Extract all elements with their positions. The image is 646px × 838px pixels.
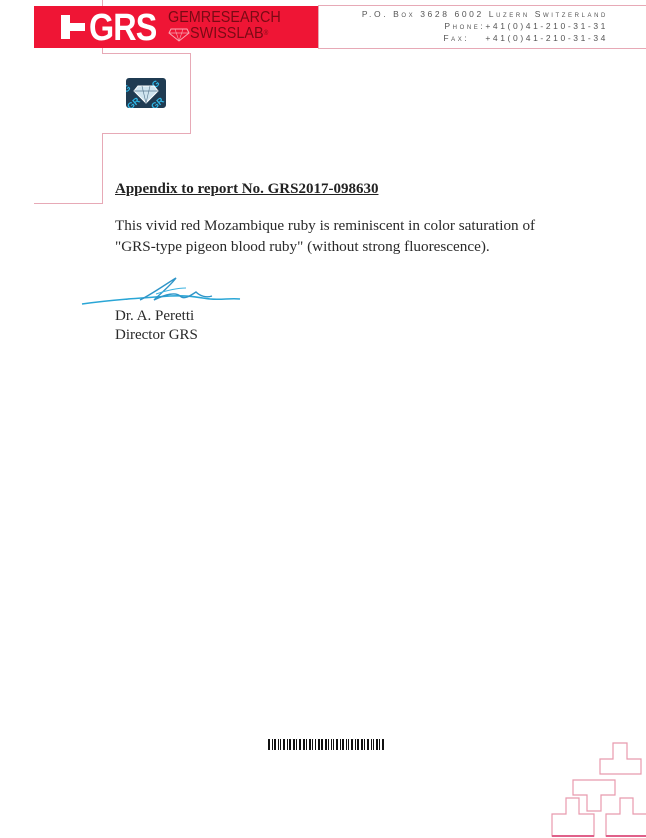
grs-pyramid-emblem-icon	[540, 740, 646, 838]
signatory-name: Dr. A. Peretti	[115, 307, 198, 326]
appendix-title: Appendix to report No. GRS2017-098630	[115, 181, 378, 198]
fax-number: +41(0)41-210-31-34	[485, 33, 608, 43]
diamond-icon	[168, 28, 190, 42]
signature-icon	[80, 274, 242, 310]
frame-line-step-h2	[34, 203, 103, 204]
fax-label: Fax:	[443, 33, 469, 43]
svg-text:G: G	[126, 83, 133, 95]
logo-line2-text: SWISSLAB	[190, 25, 264, 42]
phone-number: +41(0)41-210-31-31	[485, 21, 608, 31]
frame-line-banner-bottom	[318, 48, 646, 49]
logo-line1: GEMRESEARCH	[168, 10, 281, 26]
frame-line-step-v2	[102, 133, 103, 204]
address-block: P.O. Box 3628 6002 Luzern Switzerland Ph…	[330, 8, 608, 44]
logo-line2: SWISSLAB®	[190, 26, 268, 42]
phone-label: Phone:	[444, 21, 485, 31]
frame-line-under-banner-h	[102, 53, 191, 54]
frame-line-step-h1	[102, 133, 191, 134]
phone-line: Phone:+41(0)41-210-31-31	[330, 20, 608, 32]
signature-block: Dr. A. Peretti Director GRS	[115, 307, 198, 345]
fax-line: Fax:+41(0)41-210-31-34	[330, 32, 608, 44]
diamond-hologram-icon: G G GR GR	[126, 78, 166, 108]
grs-logo-banner: GRS GEMRESEARCH SWISSLAB®	[34, 6, 318, 48]
logo-brand: GRS	[89, 8, 156, 48]
frame-line-top-right	[318, 5, 646, 6]
barcode-icon	[268, 739, 386, 750]
registered-mark: ®	[264, 30, 269, 37]
frame-line-step-v1	[190, 53, 191, 133]
signatory-title: Director GRS	[115, 326, 198, 345]
frame-line-right-end	[318, 5, 319, 49]
address-line: P.O. Box 3628 6002 Luzern Switzerland	[330, 8, 608, 20]
appendix-body: This vivid red Mozambique ruby is remini…	[115, 215, 575, 257]
swiss-cross-icon	[61, 15, 87, 39]
